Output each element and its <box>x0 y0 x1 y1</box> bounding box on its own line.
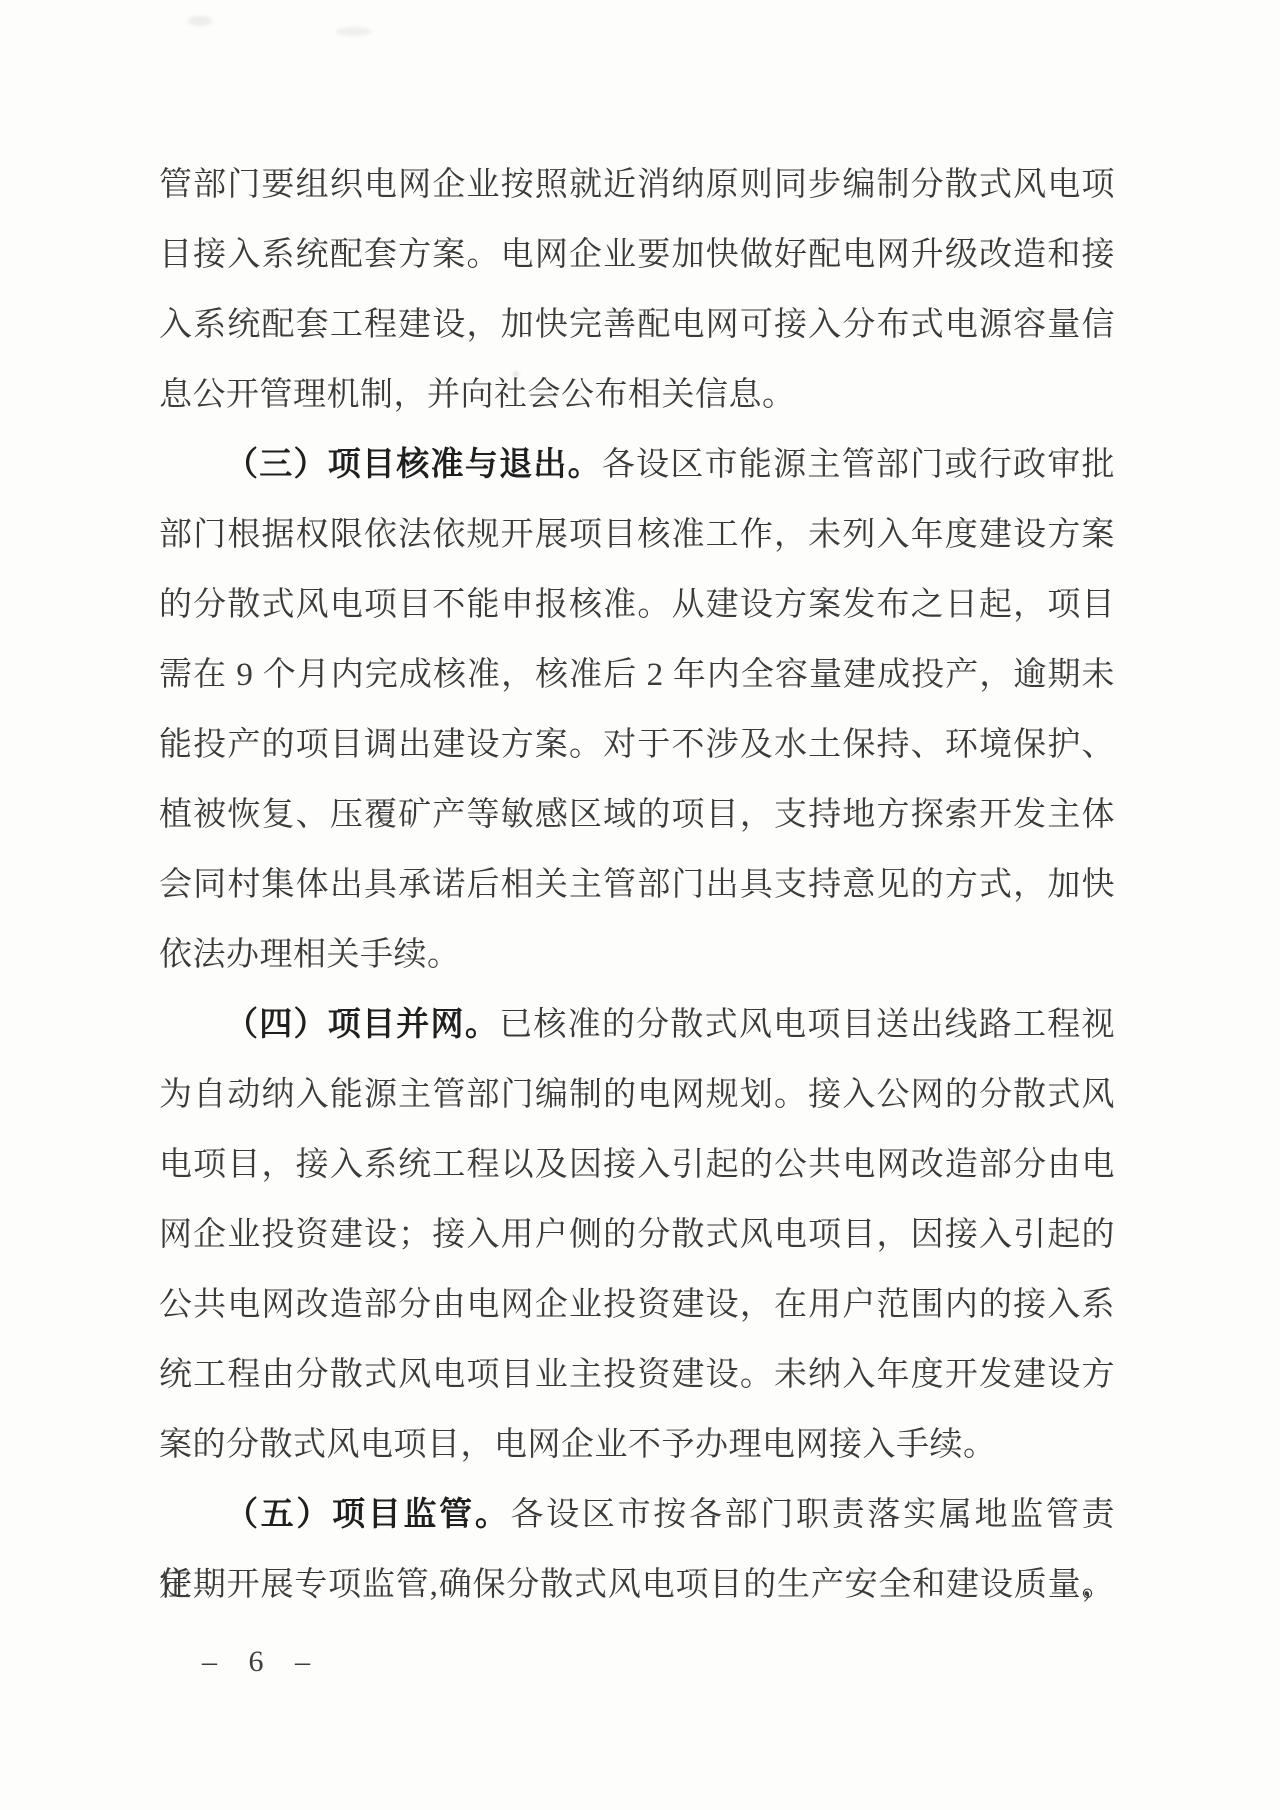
document-page: 管部门要组织电网企业按照就近消纳原则同步编制分散式风电项 目接入系统配套方案。电… <box>0 0 1280 1810</box>
line-text: 各设区市能源主管部门或行政审批 <box>602 447 1115 483</box>
body-text: 管部门要组织电网企业按照就近消纳原则同步编制分散式风电项 目接入系统配套方案。电… <box>159 150 1115 1620</box>
text-line: 会同村集体出具承诺后相关主管部门出具支持意见的方式，加快 <box>159 850 1115 920</box>
text-line: 部门根据权限依法依规开展项目核准工作，未列入年度建设方案 <box>159 500 1115 570</box>
text-line: 定期开展专项监管,确保分散式风电项目的生产安全和建设质量。 <box>159 1550 1115 1620</box>
scan-artifact <box>336 27 372 36</box>
text-line: 的分散式风电项目不能申报核准。从建设方案发布之日起，项目 <box>159 570 1115 640</box>
text-line: 网企业投资建设；接入用户侧的分散式风电项目，因接入引起的 <box>159 1200 1115 1270</box>
section-heading: （四）项目并网。 <box>225 1007 499 1043</box>
text-line: 目接入系统配套方案。电网企业要加快做好配电网升级改造和接 <box>159 220 1115 290</box>
text-line: （三）项目核准与退出。各设区市能源主管部门或行政审批 <box>159 430 1115 500</box>
line-text: 为自动纳入能源主管部门编制的电网规划。接入公网的分散式风 <box>159 1077 1115 1113</box>
text-line: 需在 9 个月内完成核准，核准后 2 年内全容量建成投产，逾期未 <box>159 640 1115 710</box>
text-line: 能投产的项目调出建设方案。对于不涉及水土保持、环境保护、 <box>159 710 1115 780</box>
line-text: 会同村集体出具承诺后相关主管部门出具支持意见的方式，加快 <box>159 867 1115 903</box>
line-text: 统工程由分散式风电项目业主投资建设。未纳入年度开发建设方 <box>159 1357 1115 1393</box>
text-line: 管部门要组织电网企业按照就近消纳原则同步编制分散式风电项 <box>159 150 1115 220</box>
text-line: 入系统配套工程建设，加快完善配电网可接入分布式电源容量信 <box>159 290 1115 360</box>
line-text: 息公开管理机制，并向社会公布相关信息。 <box>159 377 796 413</box>
text-line: 案的分散式风电项目，电网企业不予办理电网接入手续。 <box>159 1410 1115 1480</box>
line-text: 的分散式风电项目不能申报核准。从建设方案发布之日起，项目 <box>159 587 1115 623</box>
text-line: 植被恢复、压覆矿产等敏感区域的项目，支持地方探索开发主体 <box>159 780 1115 850</box>
line-text: 案的分散式风电项目，电网企业不予办理电网接入手续。 <box>159 1427 997 1463</box>
line-text: 网企业投资建设；接入用户侧的分散式风电项目，因接入引起的 <box>159 1217 1115 1253</box>
section-heading: （三）项目核准与退出。 <box>225 447 602 483</box>
line-text: 管部门要组织电网企业按照就近消纳原则同步编制分散式风电项 <box>159 167 1115 203</box>
text-line: 公共电网改造部分由电网企业投资建设，在用户范围内的接入系 <box>159 1270 1115 1340</box>
text-line: （四）项目并网。已核准的分散式风电项目送出线路工程视 <box>159 990 1115 1060</box>
line-text: 电项目，接入系统工程以及因接入引起的公共电网改造部分由电 <box>159 1147 1115 1183</box>
line-text: 能投产的项目调出建设方案。对于不涉及水土保持、环境保护、 <box>159 727 1115 763</box>
line-text: 入系统配套工程建设，加快完善配电网可接入分布式电源容量信 <box>159 307 1115 343</box>
line-text: 定期开展专项监管,确保分散式风电项目的生产安全和建设质量。 <box>159 1567 1115 1603</box>
section-heading: （五）项目监管。 <box>225 1497 511 1533</box>
line-text: 需在 9 个月内完成核准，核准后 2 年内全容量建成投产，逾期未 <box>159 657 1115 693</box>
text-line: 为自动纳入能源主管部门编制的电网规划。接入公网的分散式风 <box>159 1060 1115 1130</box>
text-line: 电项目，接入系统工程以及因接入引起的公共电网改造部分由电 <box>159 1130 1115 1200</box>
scan-artifact <box>188 16 212 26</box>
text-line: （五）项目监管。各设区市按各部门职责落实属地监管责任， <box>159 1480 1115 1550</box>
line-text: 依法办理相关手续。 <box>159 937 461 973</box>
line-text: 部门根据权限依法依规开展项目核准工作，未列入年度建设方案 <box>159 517 1115 553</box>
page-number: – 6 – <box>202 1645 322 1679</box>
line-text: 已核准的分散式风电项目送出线路工程视 <box>499 1007 1115 1043</box>
text-line: 依法办理相关手续。 <box>159 920 1115 990</box>
line-text: 公共电网改造部分由电网企业投资建设，在用户范围内的接入系 <box>159 1287 1115 1323</box>
line-text: 目接入系统配套方案。电网企业要加快做好配电网升级改造和接 <box>159 237 1115 273</box>
line-text: 植被恢复、压覆矿产等敏感区域的项目，支持地方探索开发主体 <box>159 797 1115 833</box>
text-line: 息公开管理机制，并向社会公布相关信息。 <box>159 360 1115 430</box>
text-line: 统工程由分散式风电项目业主投资建设。未纳入年度开发建设方 <box>159 1340 1115 1410</box>
